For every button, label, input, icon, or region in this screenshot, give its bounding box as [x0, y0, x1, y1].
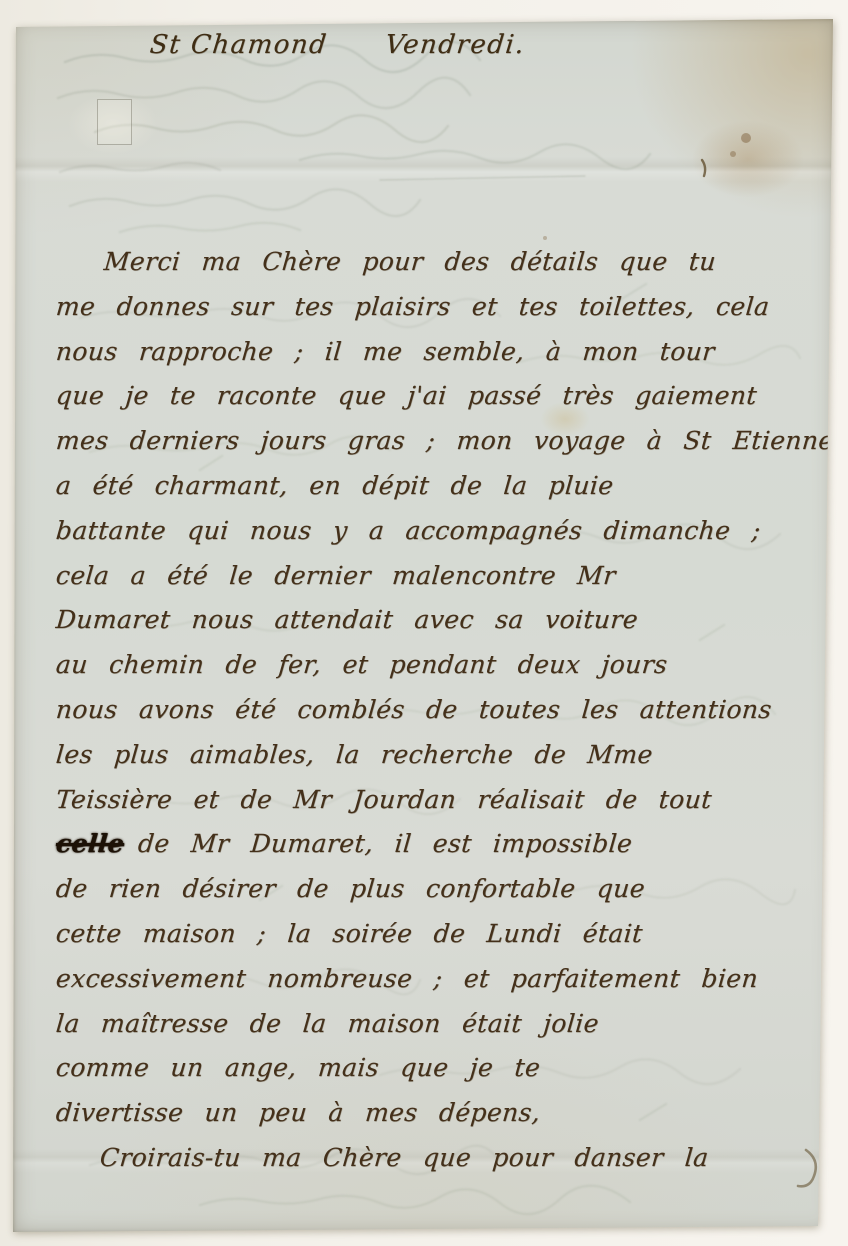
letter-line-rest: de Mr Dumaret, il est impossible: [137, 829, 634, 858]
letter-line: a été charmant, en dépit de la pluie: [54, 464, 830, 509]
letter-line: comme un ange, mais que je te: [54, 1046, 830, 1091]
heading-day: Vendredi.: [384, 30, 527, 60]
letter-body: Merci ma Chère pour des détails que tu m…: [54, 240, 826, 1181]
letter-line: que je te raconte que j'ai passé très ga…: [54, 374, 830, 419]
heading-place: St Chamond: [148, 30, 329, 60]
letter-heading: St Chamond Vendredi.: [148, 30, 526, 60]
letter-line: excessivement nombreuse ; et parfaitemen…: [54, 957, 830, 1002]
letter-line: Croirais-tu ma Chère que pour danser la: [54, 1136, 830, 1181]
letter-line: les plus aimables, la recherche de Mme: [54, 733, 830, 778]
letter-line: nous avons été comblés de toutes les att…: [54, 688, 830, 733]
letter-line: nous rapproche ; il me semble, à mon tou…: [54, 330, 830, 375]
struck-out-word: celle: [55, 829, 126, 858]
letter-line: Dumaret nous attendait avec sa voiture: [54, 598, 830, 643]
letter-line-with-strikeout: cellede Mr Dumaret, il est impossible: [54, 822, 830, 867]
letter-line: Teissière et de Mr Jourdan réalisait de …: [54, 778, 830, 823]
scanned-letter: St Chamond Vendredi. Merci ma Chère pour…: [0, 0, 848, 1246]
letter-line: me donnes sur tes plaisirs et tes toilet…: [54, 285, 830, 330]
letter-line: au chemin de fer, et pendant deux jours: [54, 643, 830, 688]
letter-line: Merci ma Chère pour des détails que tu: [54, 240, 830, 285]
letter-line: la maîtresse de la maison était jolie: [54, 1002, 830, 1047]
letter-line: de rien désirer de plus confortable que: [54, 867, 830, 912]
letter-line: divertisse un peu à mes dépens,: [54, 1091, 830, 1136]
letter-line: battante qui nous y a accompagnés dimanc…: [54, 509, 830, 554]
letter-line: mes derniers jours gras ; mon voyage à S…: [54, 419, 830, 464]
letter-page: St Chamond Vendredi. Merci ma Chère pour…: [0, 0, 848, 1246]
pencil-mark-box: [97, 99, 132, 145]
letter-line: cela a été le dernier malencontre Mr: [54, 554, 830, 599]
letter-line: cette maison ; la soirée de Lundi était: [54, 912, 830, 957]
